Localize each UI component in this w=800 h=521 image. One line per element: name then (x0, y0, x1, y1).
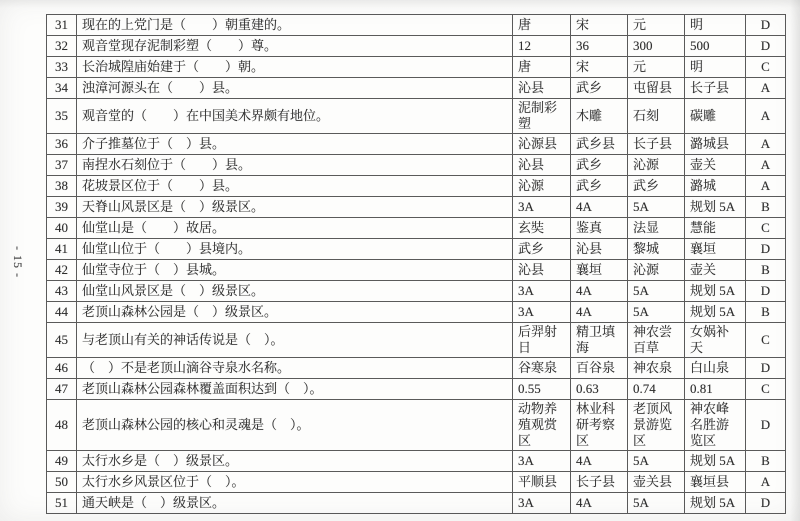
question-number: 36 (47, 134, 77, 155)
answer: C (746, 323, 786, 358)
answer: A (746, 155, 786, 176)
answer: D (746, 36, 786, 57)
option-b: 36 (571, 36, 628, 57)
answer: A (746, 78, 786, 99)
option-b: 木雕 (571, 99, 628, 134)
table-row: 32 观音堂现存泥制彩塑（ ）尊。 12 36 300 500 D (47, 36, 786, 57)
option-d: 襄垣 (685, 239, 746, 260)
table-row: 46 （ ）不是老顶山滴谷寺泉水名称。 谷寒泉 百谷泉 神农泉 白山泉 D (47, 358, 786, 379)
option-c: 5A (628, 197, 685, 218)
option-a: 3A (513, 451, 571, 472)
option-c: 300 (628, 36, 685, 57)
option-c: 壶关县 (628, 472, 685, 493)
option-a: 沁县 (513, 78, 571, 99)
question-text: 老顶山森林公园的核心和灵魂是（ ）。 (77, 400, 513, 451)
answer: B (746, 260, 786, 281)
option-c: 法显 (628, 218, 685, 239)
question-text: （ ）不是老顶山滴谷寺泉水名称。 (77, 358, 513, 379)
question-text: 浊漳河源头在（ ）县。 (77, 78, 513, 99)
option-c: 神农尝百草 (628, 323, 685, 358)
question-text: 通天峡是（ ）级景区。 (77, 493, 513, 514)
page-number: - 15 - (0, 240, 40, 284)
question-number: 41 (47, 239, 77, 260)
option-b: 4A (571, 451, 628, 472)
question-number: 40 (47, 218, 77, 239)
option-d: 规划 5A (685, 493, 746, 514)
option-c: 屯留县 (628, 78, 685, 99)
question-number: 50 (47, 472, 77, 493)
option-a: 玄奘 (513, 218, 571, 239)
option-c: 沁源 (628, 155, 685, 176)
question-text: 观音堂现存泥制彩塑（ ）尊。 (77, 36, 513, 57)
option-d: 长子县 (685, 78, 746, 99)
option-c: 老顶风景游览区 (628, 400, 685, 451)
option-d: 壶关 (685, 155, 746, 176)
answer: C (746, 218, 786, 239)
table-row: 36 介子推墓位于（ ）县。 沁源县 武乡县 长子县 潞城县 A (47, 134, 786, 155)
option-a: 唐 (513, 57, 571, 78)
question-number: 49 (47, 451, 77, 472)
option-d: 明 (685, 57, 746, 78)
question-text: 与老顶山有关的神话传说是（ ）。 (77, 323, 513, 358)
answer: B (746, 302, 786, 323)
answer: D (746, 239, 786, 260)
option-d: 规划 5A (685, 451, 746, 472)
question-number: 46 (47, 358, 77, 379)
option-b: 襄垣 (571, 260, 628, 281)
question-number: 38 (47, 176, 77, 197)
question-text: 长治城隍庙始建于（ ）朝。 (77, 57, 513, 78)
question-number: 34 (47, 78, 77, 99)
option-a: 沁源县 (513, 134, 571, 155)
option-c: 5A (628, 451, 685, 472)
option-b: 4A (571, 302, 628, 323)
table-row: 44 老顶山森林公园是（ ）级景区。 3A 4A 5A 规划 5A B (47, 302, 786, 323)
option-d: 0.81 (685, 379, 746, 400)
option-d: 潞城 (685, 176, 746, 197)
option-a: 3A (513, 281, 571, 302)
option-b: 鉴真 (571, 218, 628, 239)
answer: D (746, 400, 786, 451)
answer: D (746, 15, 786, 36)
answer: C (746, 379, 786, 400)
table-row: 41 仙堂山位于（ ）县境内。 武乡 沁县 黎城 襄垣 D (47, 239, 786, 260)
option-c: 5A (628, 281, 685, 302)
table-row: 38 花坡景区位于（ ）县。 沁源 武乡 武乡 潞城 A (47, 176, 786, 197)
question-text: 天脊山风景区是（ ）级景区。 (77, 197, 513, 218)
option-b: 精卫填海 (571, 323, 628, 358)
option-b: 长子县 (571, 472, 628, 493)
question-number: 47 (47, 379, 77, 400)
question-text: 仙堂山是（ ）故居。 (77, 218, 513, 239)
question-number: 44 (47, 302, 77, 323)
answer: A (746, 99, 786, 134)
question-number: 35 (47, 99, 77, 134)
answer: D (746, 493, 786, 514)
table-row: 42 仙堂寺位于（ ）县城。 沁县 襄垣 沁源 壶关 B (47, 260, 786, 281)
option-c: 长子县 (628, 134, 685, 155)
question-text: 太行水乡是（ ）级景区。 (77, 451, 513, 472)
question-text: 太行水乡风景区位于（ ）。 (77, 472, 513, 493)
option-d: 规划 5A (685, 302, 746, 323)
question-number: 45 (47, 323, 77, 358)
question-number: 42 (47, 260, 77, 281)
answer: A (746, 134, 786, 155)
answer: C (746, 57, 786, 78)
option-c: 石刻 (628, 99, 685, 134)
question-text: 仙堂寺位于（ ）县城。 (77, 260, 513, 281)
option-a: 沁县 (513, 155, 571, 176)
question-text: 花坡景区位于（ ）县。 (77, 176, 513, 197)
table-body: 31 现在的上党门是（ ）朝重建的。 唐 宋 元 明 D 32 观音堂现存泥制彩… (47, 15, 786, 514)
table-row: 47 老顶山森林公园森林覆盖面积达到（ ）。 0.55 0.63 0.74 0.… (47, 379, 786, 400)
option-c: 0.74 (628, 379, 685, 400)
question-number: 33 (47, 57, 77, 78)
option-a: 唐 (513, 15, 571, 36)
option-c: 沁源 (628, 260, 685, 281)
option-c: 5A (628, 302, 685, 323)
option-b: 林业科研考察区 (571, 400, 628, 451)
option-a: 沁源 (513, 176, 571, 197)
option-b: 宋 (571, 57, 628, 78)
option-b: 宋 (571, 15, 628, 36)
option-d: 慧能 (685, 218, 746, 239)
option-d: 壶关 (685, 260, 746, 281)
question-number: 32 (47, 36, 77, 57)
answer: A (746, 472, 786, 493)
question-bank-table: 31 现在的上党门是（ ）朝重建的。 唐 宋 元 明 D 32 观音堂现存泥制彩… (46, 14, 786, 514)
option-d: 襄垣县 (685, 472, 746, 493)
question-text: 老顶山森林公园森林覆盖面积达到（ ）。 (77, 379, 513, 400)
option-c: 元 (628, 15, 685, 36)
option-b: 4A (571, 197, 628, 218)
table-row: 49 太行水乡是（ ）级景区。 3A 4A 5A 规划 5A B (47, 451, 786, 472)
option-a: 3A (513, 302, 571, 323)
table-row: 50 太行水乡风景区位于（ ）。 平顺县 长子县 壶关县 襄垣县 A (47, 472, 786, 493)
option-a: 动物养殖观赏区 (513, 400, 571, 451)
answer: D (746, 358, 786, 379)
answer: A (746, 176, 786, 197)
option-b: 4A (571, 493, 628, 514)
option-b: 武乡 (571, 176, 628, 197)
question-number: 48 (47, 400, 77, 451)
table-row: 31 现在的上党门是（ ）朝重建的。 唐 宋 元 明 D (47, 15, 786, 36)
option-a: 0.55 (513, 379, 571, 400)
option-b: 武乡 (571, 155, 628, 176)
option-d: 神农峰名胜游览区 (685, 400, 746, 451)
question-text: 观音堂的（ ）在中国美术界颇有地位。 (77, 99, 513, 134)
table-row: 45 与老顶山有关的神话传说是（ ）。 后羿射日 精卫填海 神农尝百草 女娲补天… (47, 323, 786, 358)
table-row: 40 仙堂山是（ ）故居。 玄奘 鉴真 法显 慧能 C (47, 218, 786, 239)
question-number: 51 (47, 493, 77, 514)
option-a: 后羿射日 (513, 323, 571, 358)
table-row: 48 老顶山森林公园的核心和灵魂是（ ）。 动物养殖观赏区 林业科研考察区 老顶… (47, 400, 786, 451)
option-a: 沁县 (513, 260, 571, 281)
option-a: 3A (513, 493, 571, 514)
option-a: 平顺县 (513, 472, 571, 493)
option-c: 黎城 (628, 239, 685, 260)
table-row: 43 仙堂山风景区是（ ）级景区。 3A 4A 5A 规划 5A D (47, 281, 786, 302)
question-text: 仙堂山位于（ ）县境内。 (77, 239, 513, 260)
answer: B (746, 197, 786, 218)
option-a: 12 (513, 36, 571, 57)
answer: D (746, 281, 786, 302)
option-c: 元 (628, 57, 685, 78)
option-d: 明 (685, 15, 746, 36)
question-text: 南捏水石刻位于（ ）县。 (77, 155, 513, 176)
table-row: 35 观音堂的（ ）在中国美术界颇有地位。 泥制彩塑 木雕 石刻 碳雕 A (47, 99, 786, 134)
option-b: 4A (571, 281, 628, 302)
option-c: 神农泉 (628, 358, 685, 379)
question-text: 老顶山森林公园是（ ）级景区。 (77, 302, 513, 323)
table-row: 34 浊漳河源头在（ ）县。 沁县 武乡 屯留县 长子县 A (47, 78, 786, 99)
answer: B (746, 451, 786, 472)
option-a: 3A (513, 197, 571, 218)
question-number: 39 (47, 197, 77, 218)
table-row: 51 通天峡是（ ）级景区。 3A 4A 5A 规划 5A D (47, 493, 786, 514)
table-row: 33 长治城隍庙始建于（ ）朝。 唐 宋 元 明 C (47, 57, 786, 78)
option-d: 女娲补天 (685, 323, 746, 358)
option-d: 碳雕 (685, 99, 746, 134)
option-b: 武乡县 (571, 134, 628, 155)
option-a: 泥制彩塑 (513, 99, 571, 134)
option-b: 武乡 (571, 78, 628, 99)
question-text: 介子推墓位于（ ）县。 (77, 134, 513, 155)
option-b: 百谷泉 (571, 358, 628, 379)
option-c: 武乡 (628, 176, 685, 197)
option-d: 潞城县 (685, 134, 746, 155)
option-a: 谷寒泉 (513, 358, 571, 379)
question-text: 现在的上党门是（ ）朝重建的。 (77, 15, 513, 36)
option-b: 0.63 (571, 379, 628, 400)
option-d: 500 (685, 36, 746, 57)
option-a: 武乡 (513, 239, 571, 260)
question-text: 仙堂山风景区是（ ）级景区。 (77, 281, 513, 302)
question-number: 43 (47, 281, 77, 302)
table-row: 39 天脊山风景区是（ ）级景区。 3A 4A 5A 规划 5A B (47, 197, 786, 218)
option-d: 白山泉 (685, 358, 746, 379)
option-c: 5A (628, 493, 685, 514)
option-b: 沁县 (571, 239, 628, 260)
question-number: 37 (47, 155, 77, 176)
option-d: 规划 5A (685, 281, 746, 302)
question-number: 31 (47, 15, 77, 36)
option-d: 规划 5A (685, 197, 746, 218)
table-row: 37 南捏水石刻位于（ ）县。 沁县 武乡 沁源 壶关 A (47, 155, 786, 176)
